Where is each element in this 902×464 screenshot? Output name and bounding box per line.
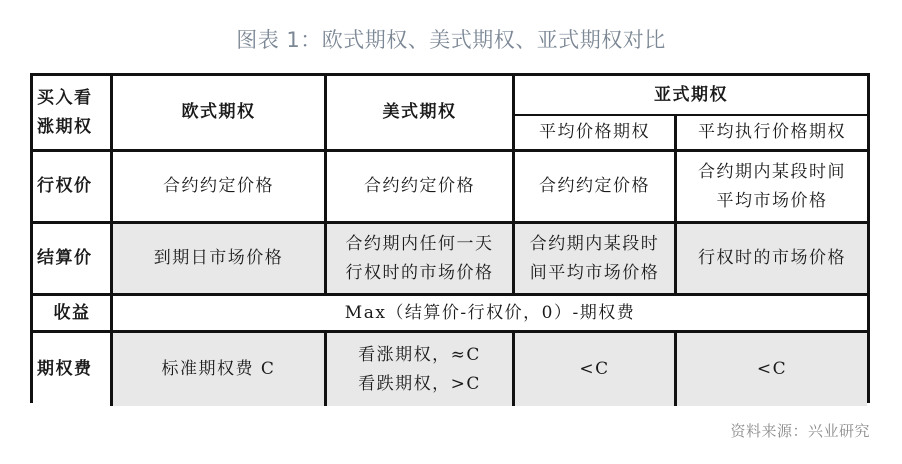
header-asian-avg-strike: 平均执行价格期权 [677, 116, 867, 152]
settlement-european: 到期日市场价格 [113, 224, 327, 296]
settlement-asian-avg-price: 合约期内某段时 间平均市场价格 [515, 224, 677, 296]
corner-header: 买入看 涨期权 [33, 76, 113, 152]
header-american: 美式期权 [327, 76, 515, 152]
premium-asian-avg-strike: <C [677, 333, 867, 406]
premium-american-call: 看涨期权，≈C [358, 341, 481, 370]
strike-asian-avg-strike: 合约期内某段时间 平均市场价格 [677, 152, 867, 224]
premium-american: 看涨期权，≈C 看跌期权，>C [327, 333, 515, 406]
premium-asian-avg-price: <C [515, 333, 677, 406]
strike-asian-avg-strike-line1: 合约期内某段时间 [698, 158, 846, 187]
settlement-american-line2: 行权时的市场价格 [346, 259, 494, 288]
settlement-american-line1: 合约期内任何一天 [346, 230, 494, 259]
options-comparison-table: 买入看 涨期权 欧式期权 美式期权 亚式期权 平均价格期权 平均执行价格期权 行… [30, 73, 870, 403]
row-label-strike: 行权价 [33, 152, 113, 224]
settlement-asian-avg-price-line1: 合约期内某段时 [530, 230, 660, 259]
premium-european: 标准期权费 C [113, 333, 327, 406]
strike-american: 合约约定价格 [327, 152, 515, 224]
settlement-asian-avg-strike: 行权时的市场价格 [677, 224, 867, 296]
source-note: 资料来源：兴业研究 [730, 420, 870, 441]
strike-asian-avg-strike-line2: 平均市场价格 [717, 187, 828, 216]
row-label-premium: 期权费 [33, 333, 113, 406]
corner-label-line2: 涨期权 [37, 113, 93, 142]
header-european: 欧式期权 [113, 76, 327, 152]
header-asian: 亚式期权 [515, 76, 867, 116]
figure-title: 图表 1：欧式期权、美式期权、亚式期权对比 [0, 24, 902, 54]
row-label-settlement: 结算价 [33, 224, 113, 296]
corner-label-line1: 买入看 [37, 84, 93, 113]
header-asian-avg-price: 平均价格期权 [515, 116, 677, 152]
payoff-formula: Max（结算价-行权价，0）-期权费 [113, 296, 867, 333]
settlement-american: 合约期内任何一天 行权时的市场价格 [327, 224, 515, 296]
row-label-payoff: 收益 [33, 296, 113, 333]
strike-asian-avg-price: 合约约定价格 [515, 152, 677, 224]
settlement-asian-avg-price-line2: 间平均市场价格 [530, 259, 660, 288]
strike-european: 合约约定价格 [113, 152, 327, 224]
premium-american-put: 看跌期权，>C [358, 370, 481, 399]
